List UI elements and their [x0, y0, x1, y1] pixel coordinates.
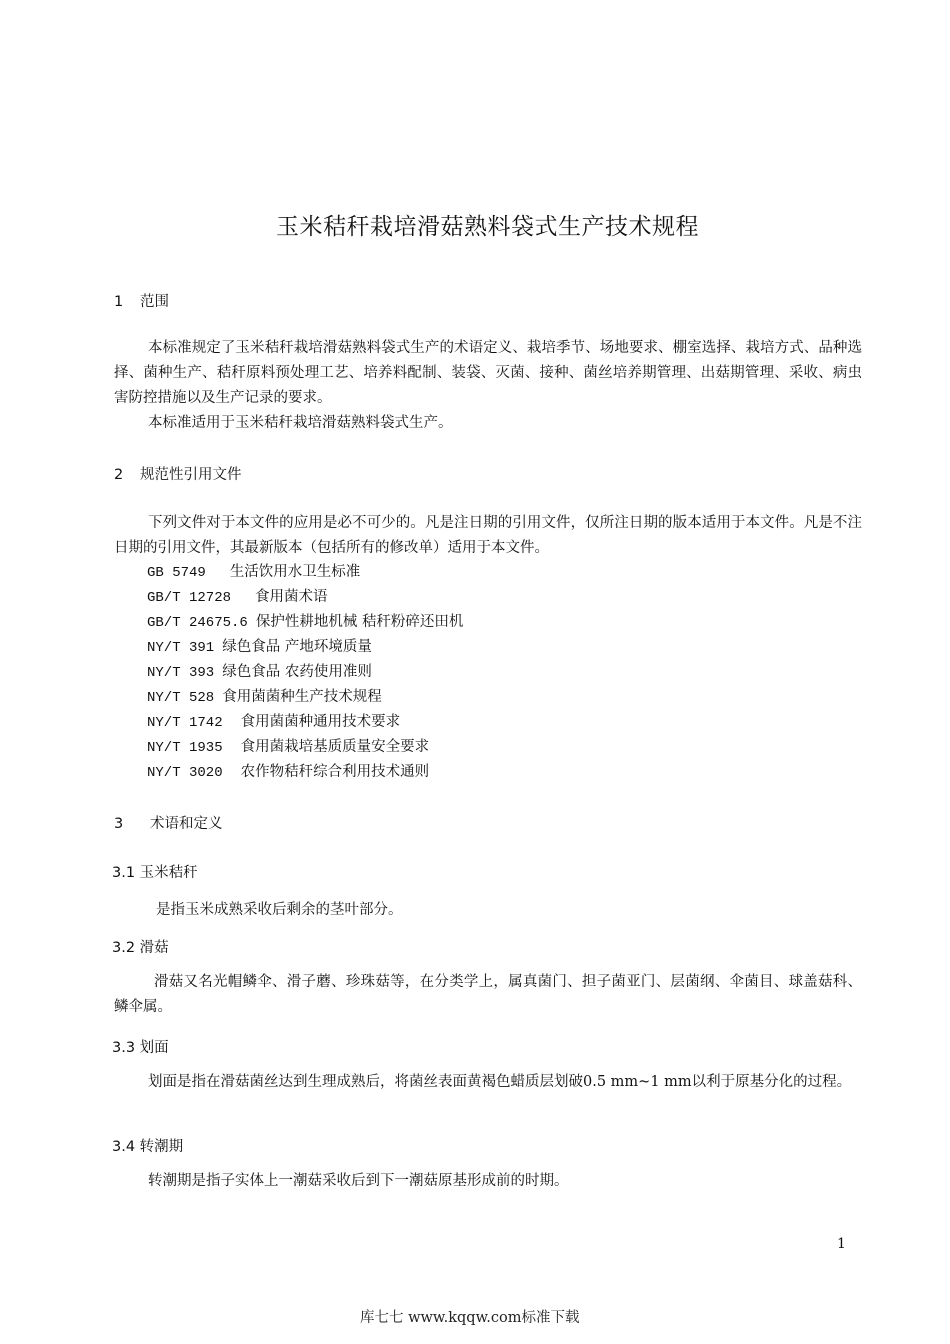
- term-number: 3.1: [112, 865, 135, 881]
- reference-title: 绿色食品 产地环境质量: [222, 639, 372, 655]
- references-intro-paragraph: 下列文件对于本文件的应用是必不可少的。凡是注日期的引用文件，仅所注日期的版本适用…: [114, 511, 862, 561]
- term-number: 3.2: [112, 940, 135, 956]
- reference-code: GB/T 12728: [147, 590, 231, 606]
- reference-title: 生活饮用水卫生标准: [230, 564, 361, 580]
- term-heading-3-1: 3.1 玉米秸秆: [112, 861, 198, 882]
- page-number: 1: [837, 1236, 846, 1252]
- section-heading-1: 1范围: [114, 290, 169, 311]
- term-name: 玉米秸秆: [140, 865, 198, 881]
- reference-code: NY/T 1742: [147, 715, 223, 731]
- term-number: 3.3: [112, 1040, 135, 1056]
- reference-code: GB/T 24675.6: [147, 615, 248, 631]
- section-number: 3: [114, 816, 150, 832]
- reference-title: 食用菌菌种通用技术要求: [241, 714, 401, 730]
- term-definition-3-4: 转潮期是指子实体上一潮菇采收后到下一潮菇原基形成前的时期。: [114, 1169, 862, 1194]
- reference-item: NY/T 1742食用菌菌种通用技术要求: [147, 710, 400, 736]
- term-name: 转潮期: [140, 1139, 184, 1155]
- section-title: 术语和定义: [150, 816, 223, 832]
- reference-code: NY/T 528: [147, 690, 214, 706]
- term-definition-3-3: 划面是指在滑菇菌丝达到生理成熟后，将菌丝表面黄褐色蜡质层划破0.5 mm~1 m…: [114, 1070, 862, 1095]
- reference-title: 绿色食品 农药使用准则: [222, 664, 372, 680]
- scope-paragraph-1: 本标准规定了玉米秸秆栽培滑菇熟料袋式生产的术语定义、栽培季节、场地要求、棚室选择…: [114, 336, 862, 411]
- scope-paragraph-2: 本标准适用于玉米秸秆栽培滑菇熟料袋式生产。: [114, 411, 862, 436]
- term-heading-3-3: 3.3 划面: [112, 1036, 169, 1057]
- reference-item: GB/T 24675.6保护性耕地机械 秸秆粉碎还田机: [147, 610, 463, 636]
- section-title: 规范性引用文件: [140, 467, 242, 483]
- term-definition-3-1: 是指玉米成熟采收后剩余的茎叶部分。: [114, 898, 862, 923]
- term-heading-3-4: 3.4 转潮期: [112, 1135, 183, 1156]
- reference-item: NY/T 393绿色食品 农药使用准则: [147, 660, 372, 686]
- section-title: 范围: [140, 294, 169, 310]
- reference-item: GB 5749生活饮用水卫生标准: [147, 560, 360, 586]
- term-heading-3-2: 3.2 滑菇: [112, 936, 169, 957]
- reference-title: 食用菌术语: [255, 589, 328, 605]
- reference-title: 农作物秸秆综合利用技术通则: [241, 764, 430, 780]
- section-number: 1: [114, 294, 140, 310]
- term-definition-3-2: 滑菇又名光帽鳞伞、滑子蘑、珍珠菇等，在分类学上，属真菌门、担子菌亚门、层菌纲、伞…: [114, 970, 862, 1020]
- term-name: 滑菇: [140, 940, 169, 956]
- reference-title: 保护性耕地机械 秸秆粉碎还田机: [256, 614, 464, 630]
- section-heading-2: 2规范性引用文件: [114, 463, 242, 484]
- reference-item: NY/T 528食用菌菌种生产技术规程: [147, 685, 382, 711]
- reference-code: NY/T 1935: [147, 740, 223, 756]
- section-number: 2: [114, 467, 140, 483]
- footer-watermark: 库七七 www.kqqw.com标准下载: [360, 1306, 579, 1327]
- reference-item: NY/T 3020农作物秸秆综合利用技术通则: [147, 760, 429, 786]
- reference-code: NY/T 391: [147, 640, 214, 656]
- section-heading-3: 3术语和定义: [114, 812, 223, 833]
- document-title: 玉米秸秆栽培滑菇熟料袋式生产技术规程: [0, 208, 950, 241]
- term-name: 划面: [140, 1040, 169, 1056]
- reference-code: GB 5749: [147, 565, 206, 581]
- reference-title: 食用菌菌种生产技术规程: [222, 689, 382, 705]
- document-page: 玉米秸秆栽培滑菇熟料袋式生产技术规程 1范围 本标准规定了玉米秸秆栽培滑菇熟料袋…: [0, 0, 950, 1344]
- term-number: 3.4: [112, 1139, 135, 1155]
- reference-title: 食用菌栽培基质质量安全要求: [241, 739, 430, 755]
- reference-item: NY/T 391绿色食品 产地环境质量: [147, 635, 372, 661]
- reference-item: GB/T 12728食用菌术语: [147, 585, 328, 611]
- reference-code: NY/T 393: [147, 665, 214, 681]
- reference-item: NY/T 1935食用菌栽培基质质量安全要求: [147, 735, 429, 761]
- reference-code: NY/T 3020: [147, 765, 223, 781]
